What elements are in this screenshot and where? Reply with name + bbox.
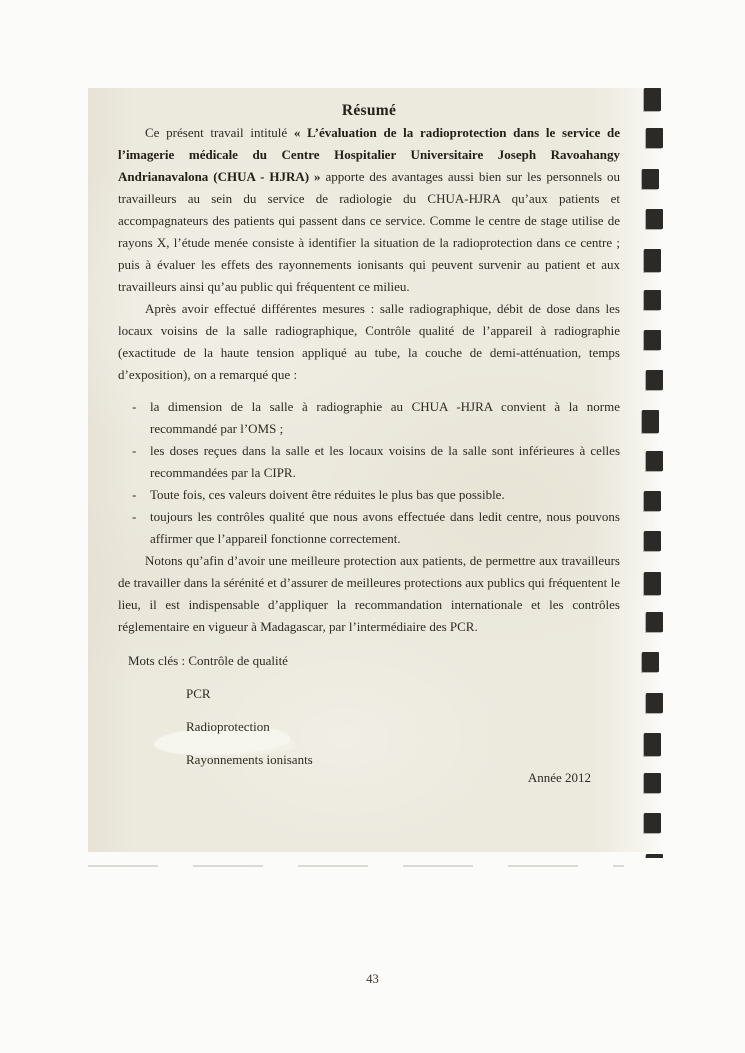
scanned-document-view: Résumé Ce présent travail intitulé « L’é…: [0, 0, 745, 1053]
paragraph-intro-rest: apporte des avantages aussi bien sur les…: [118, 169, 620, 294]
paragraph-intro: Ce présent travail intitulé « L’évaluati…: [118, 122, 620, 298]
list-item: la dimension de la salle à radiographie …: [131, 396, 620, 440]
list-item: les doses reçues dans la salle et les lo…: [131, 440, 620, 484]
paragraph-conclusion: Notons qu’afin d’avoir une meilleure pro…: [118, 550, 620, 638]
scanned-page: Résumé Ce présent travail intitulé « L’é…: [88, 88, 660, 852]
keywords-label: Mots clés :: [128, 653, 185, 668]
binding-hole-mark: [646, 854, 663, 858]
page-title: Résumé: [118, 100, 620, 122]
scan-artifact-line: [88, 865, 624, 867]
keyword-item: Radioprotection: [118, 716, 620, 738]
paragraph-measures: Après avoir effectué différentes mesures…: [118, 298, 620, 386]
page-number: 43: [0, 972, 745, 987]
paragraph-intro-lead: Ce présent travail intitulé: [145, 125, 294, 140]
page-content: Résumé Ce présent travail intitulé « L’é…: [88, 88, 660, 789]
keywords-section: Mots clés : Contrôle de qualité PCR Radi…: [118, 650, 620, 771]
keywords-heading: Mots clés : Contrôle de qualité: [118, 650, 620, 672]
list-item: Toute fois, ces valeurs doivent être réd…: [131, 484, 620, 506]
keyword-item: Contrôle de qualité: [188, 653, 288, 668]
findings-list: la dimension de la salle à radiographie …: [131, 396, 620, 550]
list-item: toujours les contrôles qualité que nous …: [131, 506, 620, 550]
keyword-item: PCR: [118, 683, 620, 705]
